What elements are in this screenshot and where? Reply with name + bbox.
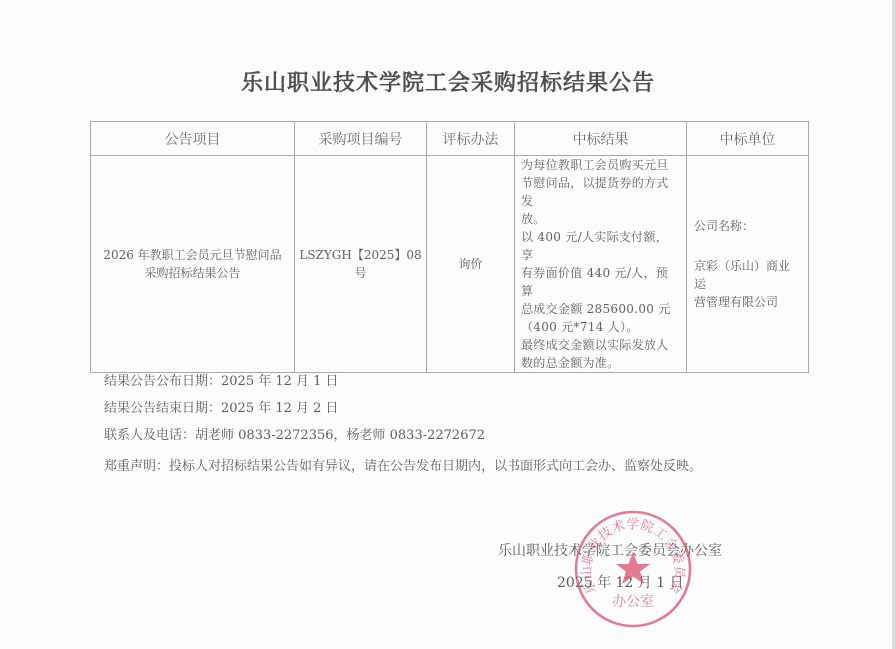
- header-method: 评标办法: [427, 122, 515, 156]
- end-date: 结果公告结束日期：2025 年 12 月 2 日: [104, 397, 339, 416]
- cell-winner: 公司名称： 京彩（乐山）商业运 营管理有限公司: [687, 156, 809, 373]
- winner-name-line-1: 京彩（乐山）商业运: [694, 257, 801, 293]
- header-result: 中标结果: [515, 122, 687, 156]
- result-line: 以 400 元/人实际支付额，享: [521, 228, 680, 264]
- stamp-bottom-text: 办公室: [612, 593, 654, 610]
- header-winner: 中标单位: [687, 122, 809, 156]
- signature-org: 乐山职业技术学院工会委员会办公室: [498, 540, 722, 560]
- project-line-1: 2026 年教职工会员元旦节慰问品: [97, 246, 288, 264]
- cell-project: 2026 年教职工会员元旦节慰问品 采购招标结果公告: [91, 156, 295, 373]
- table-row: 2026 年教职工会员元旦节慰问品 采购招标结果公告 LSZYGH【2025】0…: [91, 156, 809, 373]
- page-edge: [892, 0, 896, 649]
- contacts: 联系人及电话：胡老师 0833-2272356，杨老师 0833-2272672: [104, 424, 485, 443]
- result-line: 节慰问品，以提货券的方式发: [521, 174, 680, 210]
- publish-date: 结果公告公布日期：2025 年 12 月 1 日: [104, 370, 339, 389]
- result-line: （400 元*714 人）。: [521, 318, 680, 336]
- signature-date: 2025 年 12 月 1 日: [557, 572, 684, 592]
- result-line: 放。: [521, 210, 680, 228]
- cell-method: 询价: [427, 156, 515, 373]
- winner-name-line-2: 营管理有限公司: [694, 293, 801, 311]
- cell-project-no: LSZYGH【2025】08 号: [295, 156, 427, 373]
- result-line: 有券面价值 440 元/人，预算: [521, 264, 680, 300]
- result-line: 为每位教职工会员购买元旦: [521, 156, 680, 174]
- cell-result: 为每位教职工会员购买元旦 节慰问品，以提货券的方式发 放。 以 400 元/人实…: [515, 156, 687, 373]
- winner-label: 公司名称：: [694, 217, 801, 235]
- header-project: 公告项目: [91, 122, 295, 156]
- result-line: 总成交金额 285600.00 元: [521, 300, 680, 318]
- project-line-2: 采购招标结果公告: [97, 264, 288, 282]
- result-line: 最终成交金额以实际发放人: [521, 336, 680, 354]
- document-title: 乐山职业技术学院工会采购招标结果公告: [0, 66, 896, 97]
- header-project-no: 采购项目编号: [295, 122, 427, 156]
- result-line: 数的总金额为准。: [521, 354, 680, 372]
- result-table: 公告项目 采购项目编号 评标办法 中标结果 中标单位 2026 年教职工会员元旦…: [90, 121, 809, 373]
- statement: 郑重声明：投标人对招标结果公告如有异议，请在公告发布日期内，以书面形式向工会办、…: [104, 455, 702, 474]
- table-header-row: 公告项目 采购项目编号 评标办法 中标结果 中标单位: [91, 122, 809, 156]
- official-seal-icon: 乐山职业技术学院工会委员会 办公室: [572, 508, 694, 630]
